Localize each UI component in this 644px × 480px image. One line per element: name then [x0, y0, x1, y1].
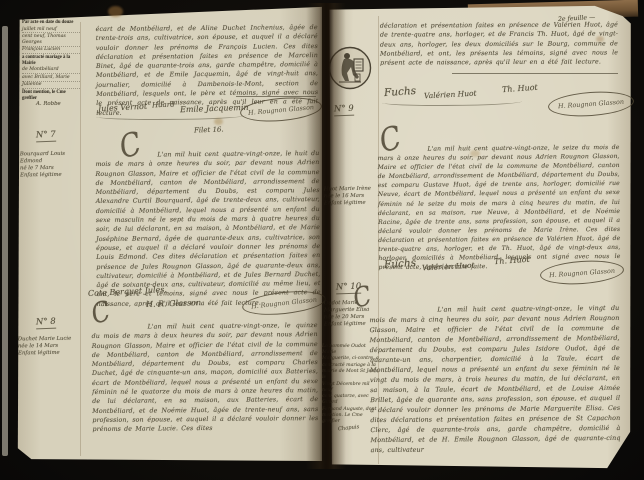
register-scan-photo: Par acte en date du douze juillet mil ne…	[0, 0, 644, 480]
margin-note: Duchet Marie Lucie née le 14 Mars Enfant…	[18, 336, 78, 358]
margin-note: Huot Marie Irène née le 16 Mars Enfant l…	[324, 186, 376, 208]
act-8-end-text: déclaration et présentation faites en pr…	[380, 20, 618, 68]
witness-signature: Fuchs	[384, 85, 417, 99]
mention-line: a contracté mariage à la Mairie	[22, 55, 80, 67]
margin-name: Bourquard Louis Edmond	[20, 151, 78, 166]
margin-act-number: N° 7	[36, 130, 56, 143]
ink-stain	[214, 118, 223, 125]
mention-line: Julienne	[22, 82, 80, 89]
margin-status: Enfant légitime	[324, 200, 376, 208]
mention-line: juillet mil neuf	[22, 27, 80, 34]
marriage-mention-note: Par acte en date du douze juillet mil ne…	[22, 20, 80, 109]
act-9-text: L'an mil huit cent quatre-vingt-onze, le…	[377, 143, 620, 272]
act-7-text: L'an mil huit cent quatre-vingt-onze, le…	[95, 149, 320, 309]
allegorical-figure-stamp-icon	[327, 45, 373, 95]
act-10-text: L'an mil huit cent quatre-vingt-onze, le…	[369, 303, 620, 455]
officer-signature: H. R. Glasson	[146, 298, 201, 309]
mention-line: de Montbéliard	[22, 67, 80, 74]
ink-stain	[108, 6, 123, 17]
mention-line: cent neuf, Thomas Georges	[22, 34, 80, 47]
margin-act-number: N° 9	[334, 104, 354, 117]
mention-line: avec Brillard, Marie	[22, 75, 80, 82]
mention-line: François Lucien	[22, 47, 80, 54]
folio-note: Filet 16.	[194, 125, 224, 134]
witness-signature: Huard	[152, 101, 175, 110]
margin-act-number: N° 8	[36, 317, 56, 330]
witness-signature: Fuchs	[384, 257, 417, 271]
scan-edge-strip	[2, 26, 8, 456]
rule-line	[452, 73, 618, 74]
mention-line: Dont mention, le Cme greffier	[22, 90, 80, 102]
mention-greffier-signature: A. Robbe	[22, 102, 80, 108]
left-margin-rule	[80, 22, 81, 456]
mention-line: Par acte en date du douze	[22, 20, 80, 26]
margin-status: Enfant légitime	[18, 350, 78, 358]
act-8-text: L'an mil huit cent quatre-vingt-onze, le…	[92, 321, 319, 435]
margin-note: Bourquard Louis Edmond né le 7 Mars Enfa…	[20, 151, 78, 180]
margin-status: Enfant légitime	[20, 172, 78, 180]
